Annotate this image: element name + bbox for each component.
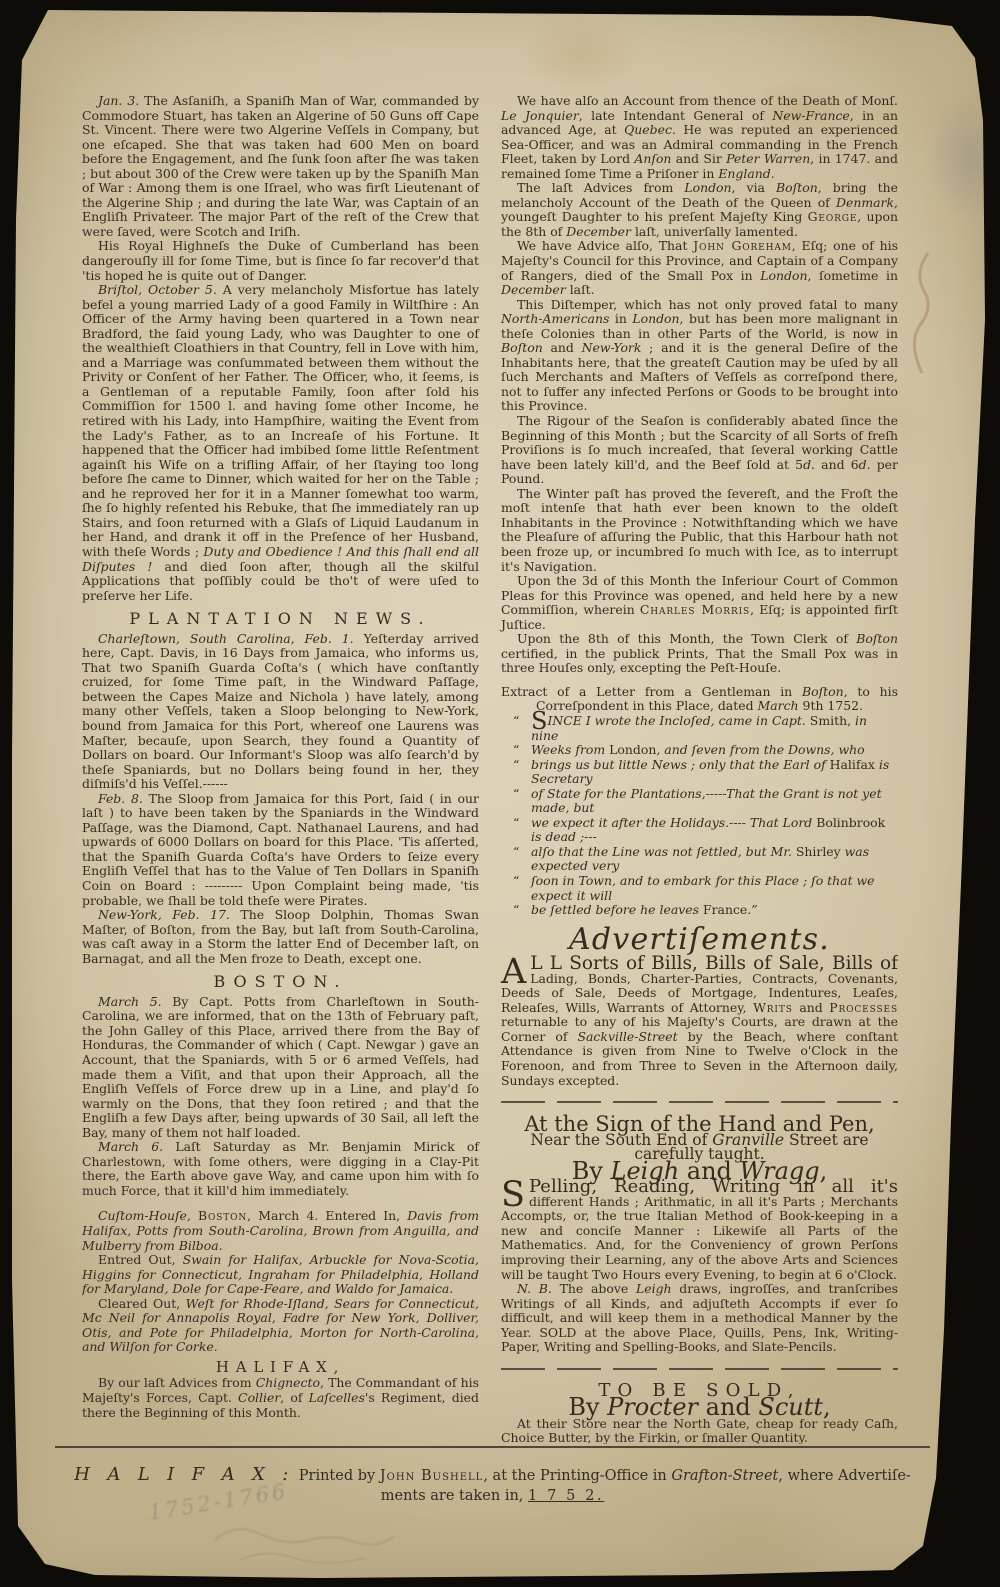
extract-line-7: “ ſoon in Town, and to embark for this P…	[501, 874, 898, 903]
page-body: Jan. 3. The Asſaniſh, a Spaniſh Man of W…	[82, 94, 898, 1444]
heading-advertisements: Advertiſements.	[501, 933, 898, 948]
news-item-lejonquier: We have alſo an Account from thence of t…	[501, 94, 898, 181]
extract-line-3: “ brings us but little News ; only that …	[501, 758, 898, 787]
right-column: We have alſo an Account from thence of t…	[501, 94, 898, 1444]
extract-line-6: “ alſo that the Line was not ſettled, bu…	[501, 845, 898, 874]
ad-procter-scutt: At their Store near the North Gate, chea…	[501, 1417, 898, 1444]
news-item-newyork: New-York, Feb. 17. The Sloop Dolphin, Th…	[82, 908, 479, 966]
news-item-season: The Rigour of the Seaſon is conſiderably…	[501, 414, 898, 487]
extract-line-5: “ we expect it after the Holidays.---- T…	[501, 816, 898, 845]
news-item-jan3: Jan. 3. The Asſaniſh, a Spaniſh Man of W…	[82, 94, 479, 239]
news-item-bristol: Briſtol, October 5. A very melancholy Mi…	[82, 283, 479, 603]
news-item-feb8: Feb. 8. The Sloop from Jamaica for this …	[82, 792, 479, 908]
scanned-newspaper-photo: { "theme": { "background": "#0d0c09", "p…	[0, 0, 1000, 1587]
imprint-line-1: H A L I F A X : Printed by John Bushell,…	[55, 1464, 930, 1485]
news-item-townclerk: Upon the 8th of this Month, the Town Cle…	[501, 632, 898, 676]
ad-school: SPelling, Reading, Writing in all it's d…	[501, 1180, 898, 1282]
news-item-court: Upon the 3d of this Month the Inferiour …	[501, 574, 898, 632]
customs-entered-in: Cuſtom-Houſe, Boston, March 4. Entered I…	[82, 1209, 479, 1253]
customs-cleared-out: Cleared Out, Weſt for Rhode-Iſland, Sear…	[82, 1297, 479, 1355]
imprint-rule	[55, 1446, 930, 1448]
pencil-scribble	[210, 1515, 400, 1575]
ink-scribble	[898, 248, 953, 378]
heading-hand-and-pen: At the Sign of the Hand and Pen,	[501, 1117, 898, 1132]
ad-school-nb: N. B. The above Leigh draws, ingroſſes, …	[501, 1282, 898, 1355]
newspaper-page: Jan. 3. The Asſaniſh, a Spaniſh Man of W…	[0, 0, 1000, 1587]
heading-boston: BOSTON.	[82, 975, 479, 990]
news-item-cumberland: His Royal Highneſs the Duke of Cumberlan…	[82, 239, 479, 283]
dashed-rule-2	[501, 1368, 898, 1370]
heading-plantation-news: PLANTATION NEWS.	[82, 612, 479, 627]
heading-halifax: HALIFAX,	[82, 1360, 479, 1375]
news-item-goreham: We have Advice alſo, That John Goreham, …	[501, 239, 898, 297]
news-item-queen-denmark: The laſt Advices from London, via Boſton…	[501, 181, 898, 239]
dashed-rule-1	[501, 1101, 898, 1103]
news-item-chignecto: By our laſt Advices from Chignecto, The …	[82, 1376, 479, 1420]
extract-line-1: “ SINCE I wrote the Incloſed, came in Ca…	[501, 714, 898, 743]
news-item-charlestown: Charleſtown, South Carolina, Feb. 1. Yeſ…	[82, 632, 479, 792]
extract-line-4: “ of State for the Plantations,-----That…	[501, 787, 898, 816]
extract-line-8: “ be ſettled before he leaves France.”	[501, 903, 898, 918]
heading-procter-scutt: By Procter and Scutt,	[501, 1400, 898, 1415]
news-item-winter: The Winter paſt has proved the ſevereſt,…	[501, 487, 898, 574]
extract-line-2: “ Weeks from London, and ſeven from the …	[501, 743, 898, 758]
left-column: Jan. 3. The Asſaniſh, a Spaniſh Man of W…	[82, 94, 479, 1444]
news-item-march5: March 5. By Capt. Potts from Charleſtown…	[82, 995, 479, 1140]
extract-intro: Extract of a Letter from a Gentleman in …	[501, 685, 898, 714]
news-item-march6: March 6. Laſt Saturday as Mr. Benjamin M…	[82, 1140, 479, 1198]
customs-entred-out: Entred Out, Swain for Halifax, Arbuckle …	[82, 1253, 479, 1297]
news-item-distemper: This Diſtemper, which has not only prove…	[501, 298, 898, 414]
ad-bills: AL L Sorts of Bills, Bills of Sale, Bill…	[501, 957, 898, 1088]
